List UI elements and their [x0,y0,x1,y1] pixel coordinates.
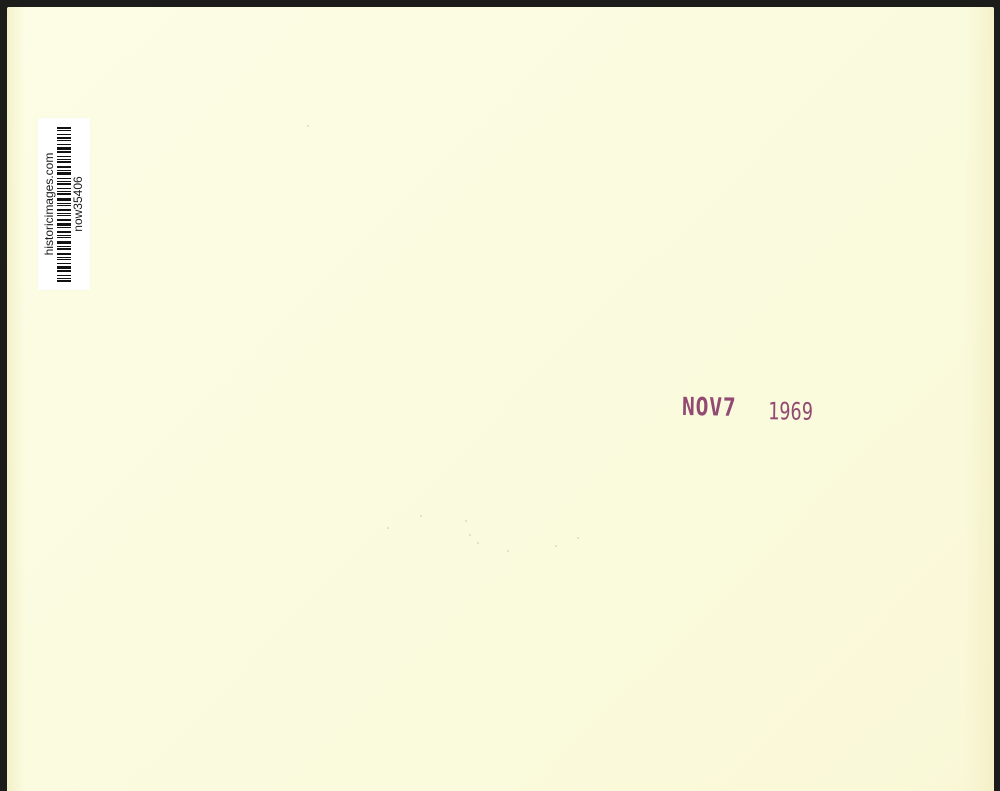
paper-speck [465,520,467,522]
date-stamp: NOV7 1969 [682,389,826,423]
paper-speck [507,550,509,552]
paper-speck [469,534,471,536]
photo-scene: historicimages.com now35406 NOV7 1969 [0,0,1000,791]
stamp-date: NOV7 [682,392,737,422]
label-id-text: now35406 [72,176,85,231]
archive-label: historicimages.com now35406 [38,118,90,290]
paper-speck [420,515,422,517]
paper-speck [477,542,479,544]
paper-speck [577,537,579,539]
photo-back-paper [7,7,994,791]
paper-speck [387,527,389,529]
paper-speck [555,545,557,547]
paper-speck [307,125,309,127]
stamp-year: 1969 [768,397,813,426]
label-site-text: historicimages.com [43,153,56,256]
barcode-icon [57,126,71,283]
